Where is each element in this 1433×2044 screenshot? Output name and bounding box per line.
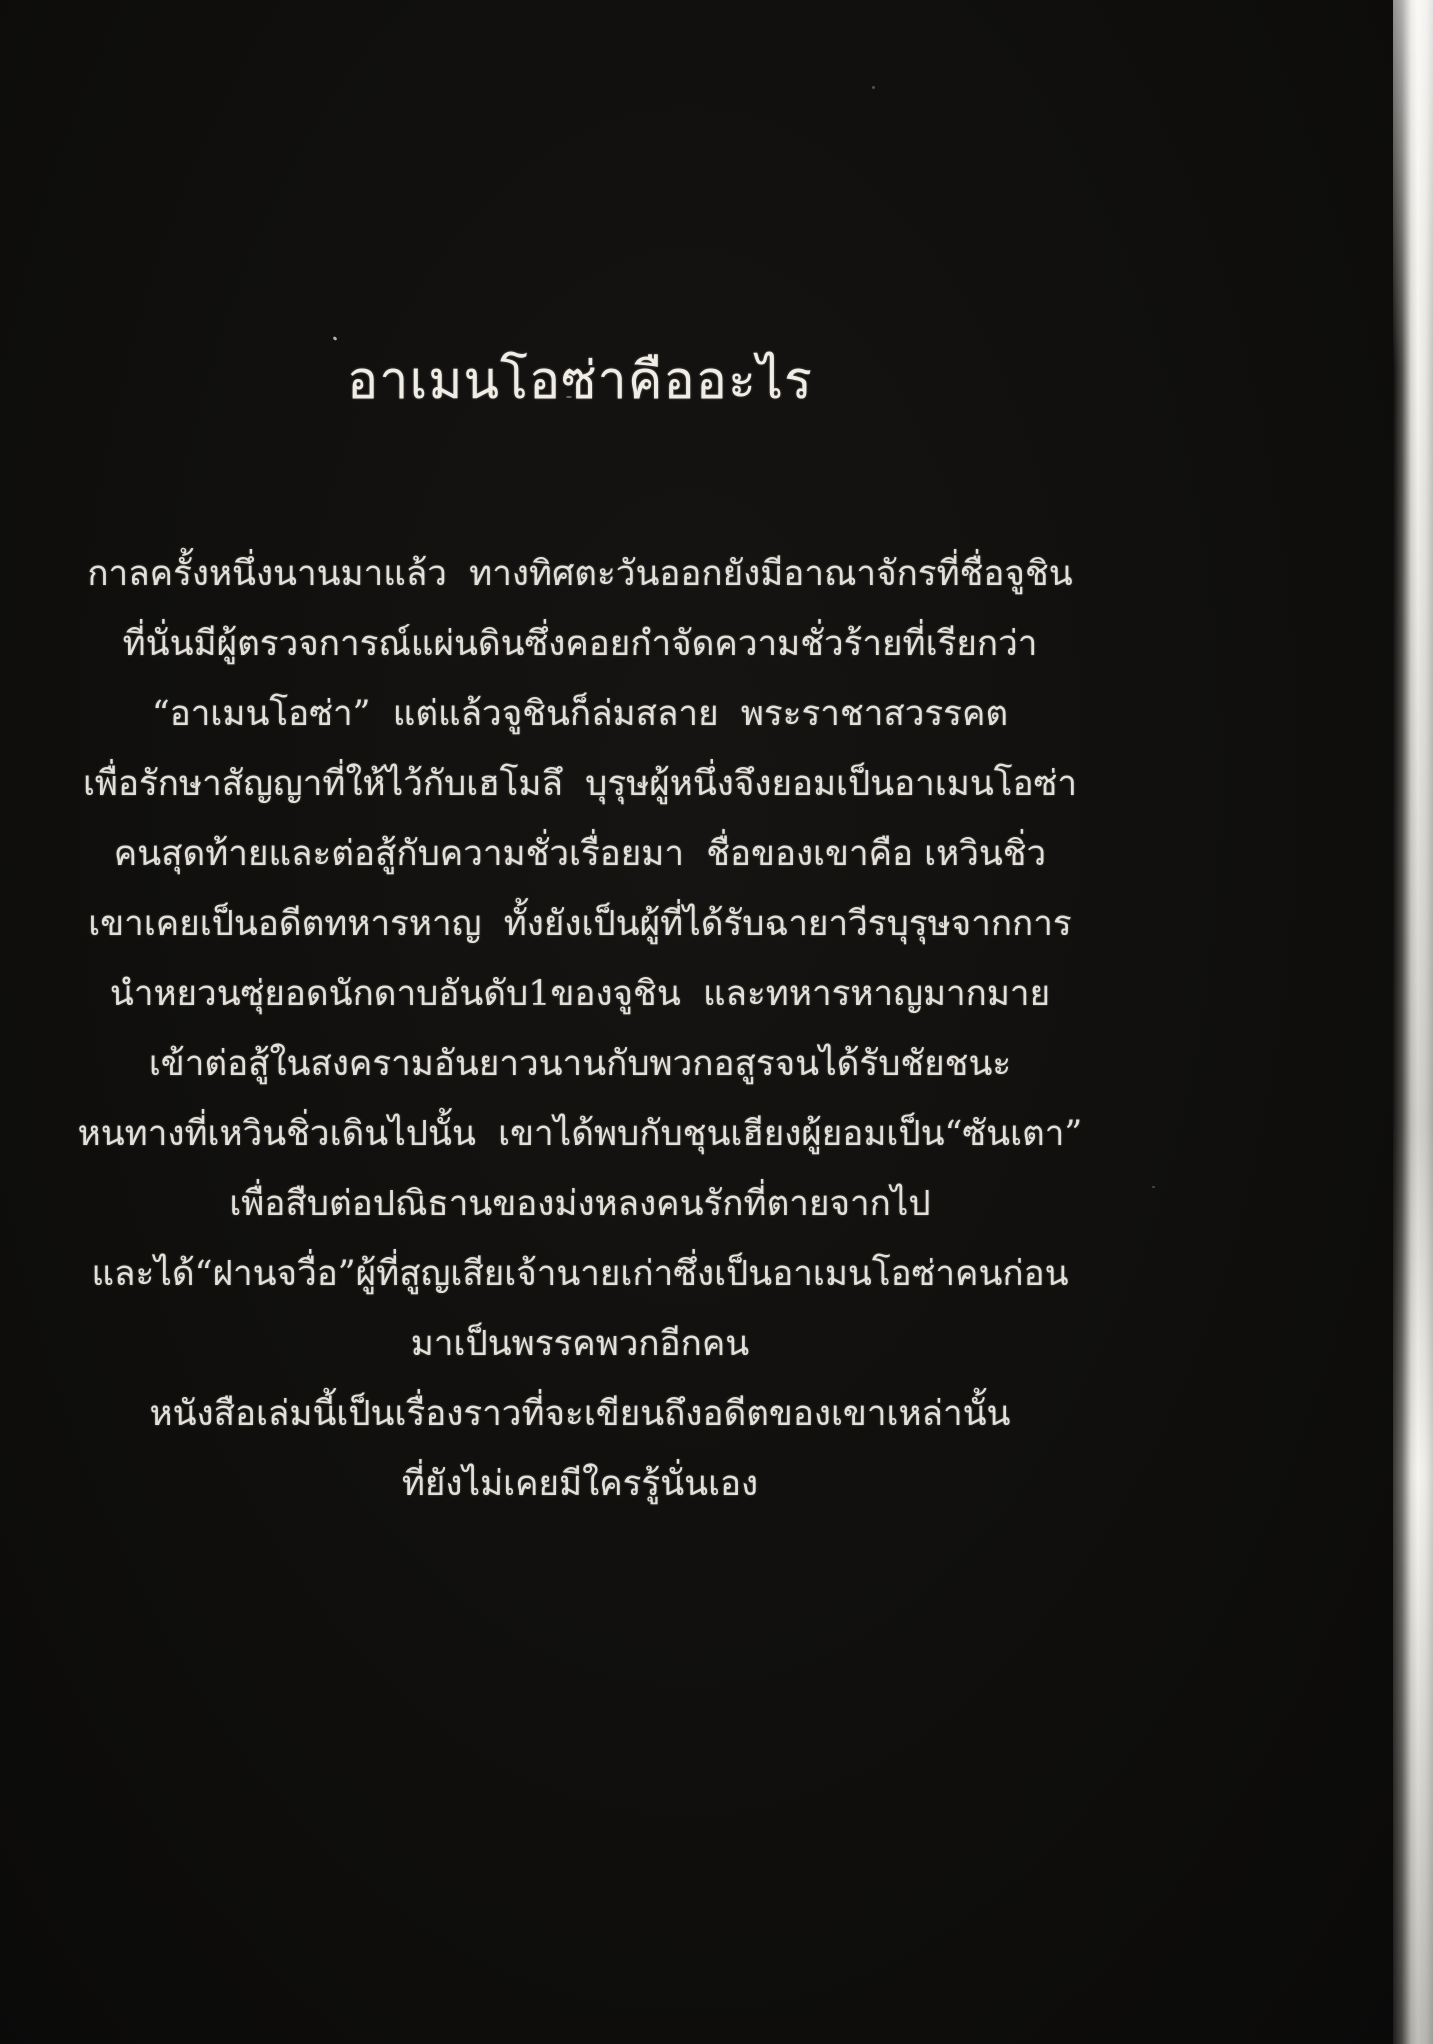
synopsis-line: เข้าต่อสู้ในสงครามอันยาวนานกับพวกอสูรจนไ… [20,1029,1140,1099]
scan-edge-artifact [1393,0,1433,2044]
synopsis-line: กาลครั้งหนึ่งนานมาแล้ว ทางทิศตะวันออกยัง… [20,539,1140,609]
synopsis-content: อาเมนโอซ่าคืออะไร กาลครั้งหนึ่งนานมาแล้ว… [20,0,1140,1519]
synopsis-line: ที่ยังไม่เคยมีใครรู้นั่นเอง [20,1449,1140,1519]
page-title: อาเมนโอซ่าคืออะไร [20,338,1140,421]
synopsis-line: หนทางที่เหวินชิ่วเดินไปนั้น เขาได้พบกับช… [20,1099,1140,1169]
synopsis-line: เพื่อรักษาสัญญาที่ให้ไว้กับเฮโมลึ บุรุษผ… [20,749,1140,819]
synopsis-line: คนสุดท้ายและต่อสู้กับความชั่วเรื่อยมา ชื… [20,819,1140,889]
synopsis-line: หนังสือเล่มนี้เป็นเรื่องราวที่จะเขียนถึง… [20,1379,1140,1449]
scan-dust-speck [872,86,875,89]
scan-dust-speck [566,396,572,398]
synopsis-line: ที่นั่นมีผู้ตรวจการณ์แผ่นดินซึ่งคอยกำจัด… [20,609,1140,679]
synopsis-paragraph: กาลครั้งหนึ่งนานมาแล้ว ทางทิศตะวันออกยัง… [20,539,1140,1519]
synopsis-line: “อาเมนโอซ่า” แต่แล้วจูชินก็ล่มสลาย พระรา… [20,679,1140,749]
synopsis-line: นำหยวนซุ่ยอดนักดาบอันดับ1ของจูชิน และทหา… [20,959,1140,1029]
synopsis-line: และได้“ฝานจวื่อ”ผู้ที่สูญเสียเจ้านายเก่า… [20,1239,1140,1309]
book-page: อาเมนโอซ่าคืออะไร กาลครั้งหนึ่งนานมาแล้ว… [0,0,1433,2044]
synopsis-line: เขาเคยเป็นอดีตทหารหาญ ทั้งยังเป็นผู้ที่ไ… [20,889,1140,959]
synopsis-line: เพื่อสืบต่อปณิธานของม่งหลงคนรักที่ตายจาก… [20,1169,1140,1239]
scan-dust-speck [1152,1186,1155,1188]
synopsis-line: มาเป็นพรรคพวกอีกคน [20,1309,1140,1379]
